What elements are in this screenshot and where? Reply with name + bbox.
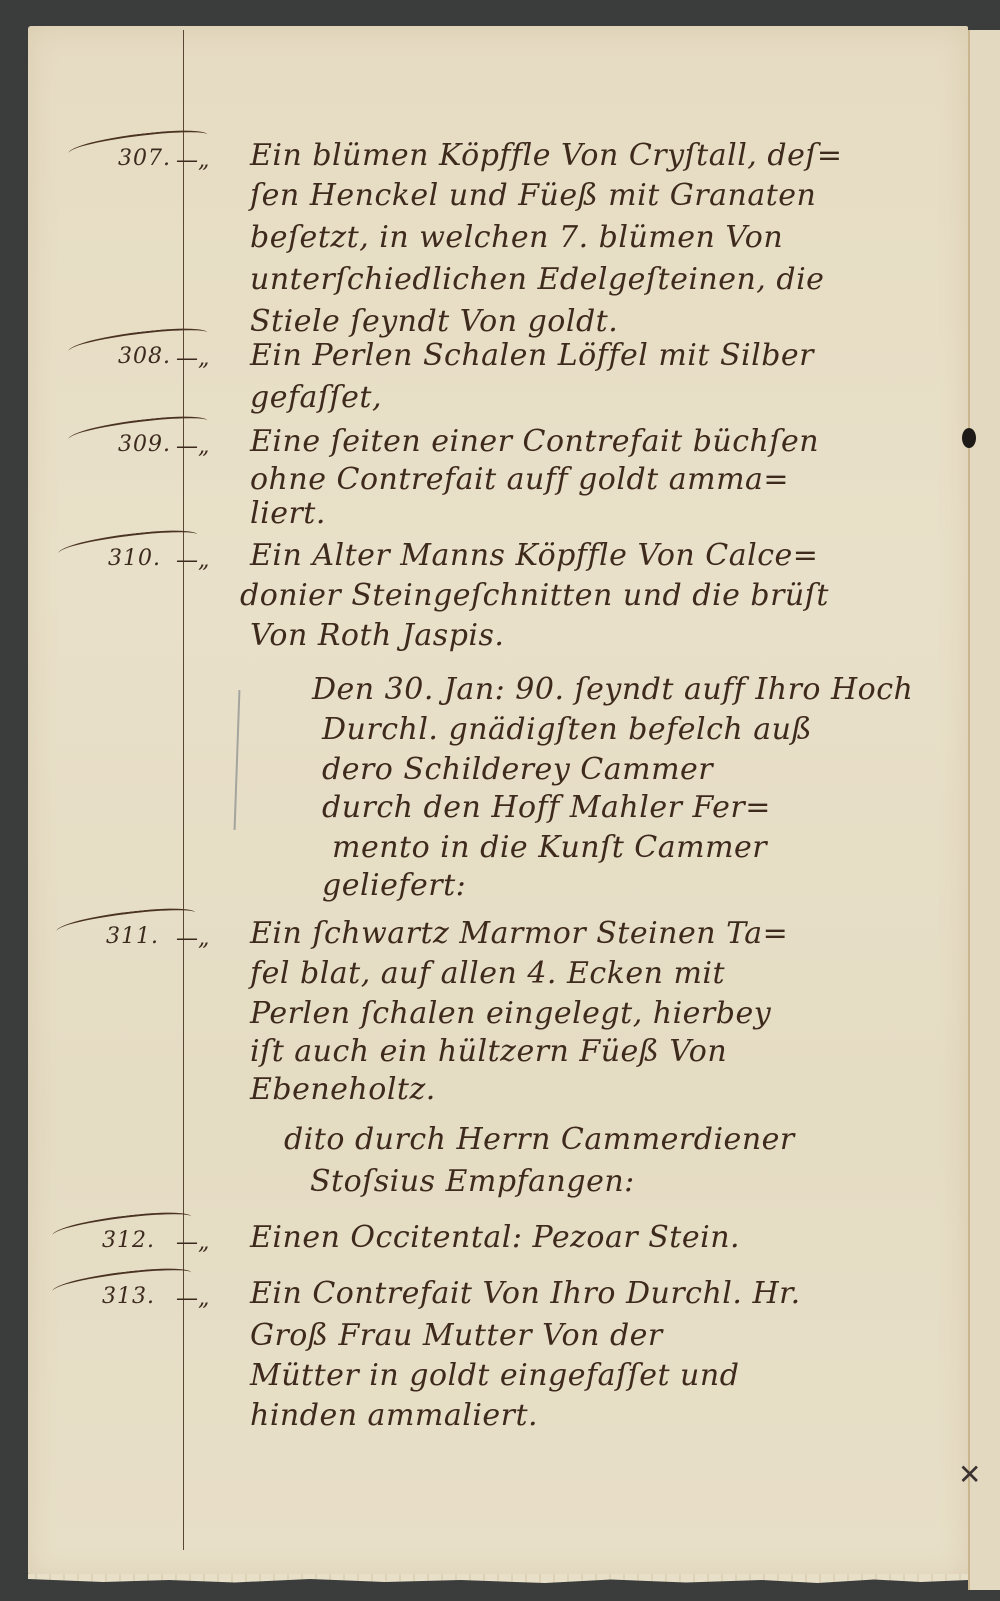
entry-311-line-4: iſt auch ein hültzern Füeß Von [250, 1034, 727, 1069]
entry-309-line-2: ohne Contrefait auff goldt amma= [250, 462, 789, 497]
note-2-line-2: Stoſsius Empfangen: [310, 1164, 635, 1199]
entry-number-312: 312. [102, 1228, 155, 1253]
entry-310-line-3: Von Roth Jaspis. [250, 618, 504, 653]
adjacent-page-edge [968, 30, 1000, 1590]
note-1-line-1: Den 30. Jan: 90. ſeyndt auff Ihro Hoch [312, 672, 913, 707]
entry-number-309: 309. [118, 432, 171, 457]
ink-blot-icon [962, 428, 976, 448]
entry-dash: —„ [176, 1230, 209, 1255]
entry-310-line-2: donier Steingeſchnitten und die brüſt [240, 578, 829, 613]
entry-313-line-3: Mütter in goldt eingefaſſet und [250, 1358, 739, 1393]
entry-313-line-2: Groß Frau Mutter Von der [250, 1318, 663, 1353]
note-1-line-5: mento in die Kunſt Cammer [332, 830, 767, 865]
entry-number-313: 313. [102, 1284, 155, 1309]
entry-number-307: 307. [118, 146, 171, 171]
margin-rule [183, 30, 184, 1550]
entry-308-line-1: Ein Perlen Schalen Löffel mit Silber [250, 338, 814, 373]
entry-dash: —„ [176, 434, 209, 459]
entry-dash: —„ [176, 346, 209, 371]
entry-dash: —„ [176, 548, 209, 573]
x-mark-icon: ✕ [958, 1458, 981, 1491]
entry-310-line-1: Ein Alter Manns Köpffle Von Calce= [250, 538, 818, 573]
entry-312-line-1: Einen Occitental: Pezoar Stein. [250, 1220, 740, 1255]
entry-307-line-1: Ein blümen Köpffle Von Cryſtall, deſ= [250, 138, 843, 173]
entry-dash: —„ [176, 926, 209, 951]
entry-307-line-4: unterſchiedlichen Edelgeſteinen, die [250, 262, 824, 297]
pencil-margin-mark [234, 690, 241, 830]
entry-313-line-4: hinden ammaliert. [250, 1398, 538, 1433]
note-1-line-6: geliefert: [322, 868, 466, 903]
entry-309-line-1: Eine ſeiten einer Contrefait büchſen [250, 424, 819, 459]
entry-308-line-2: gefaſſet, [250, 380, 382, 415]
entry-311-line-1: Ein ſchwartz Marmor Steinen Ta= [250, 916, 788, 951]
entry-311-line-5: Ebeneholtz. [250, 1072, 436, 1107]
entry-313-line-1: Ein Contrefait Von Ihro Durchl. Hr. [250, 1276, 801, 1311]
note-1-line-2: Durchl. gnädigſten befelch auß [322, 712, 812, 747]
entry-number-308: 308. [118, 344, 171, 369]
note-1-line-4: durch den Hoff Mahler Fer= [322, 790, 771, 825]
entry-dash: —„ [176, 1286, 209, 1311]
entry-number-310: 310. [108, 546, 161, 571]
entry-311-line-2: fel blat, auf allen 4. Ecken mit [250, 956, 725, 991]
manuscript-page: 307. —„ Ein blümen Köpffle Von Cryſtall,… [28, 26, 968, 1578]
entry-311-line-3: Perlen ſchalen eingelegt, hierbey [250, 996, 771, 1031]
entry-309-line-3: liert. [250, 496, 326, 531]
entry-number-311: 311. [106, 924, 159, 949]
note-2-line-1: dito durch Herrn Cammerdiener [284, 1122, 795, 1157]
entry-307-line-2: ſen Henckel und Füeß mit Granaten [250, 178, 816, 213]
entry-307-line-3: beſetzt, in welchen 7. blümen Von [250, 220, 783, 255]
entry-dash: —„ [176, 148, 209, 173]
entry-307-line-5: Stiele ſeyndt Von goldt. [250, 304, 618, 339]
note-1-line-3: dero Schilderey Cammer [322, 752, 713, 787]
